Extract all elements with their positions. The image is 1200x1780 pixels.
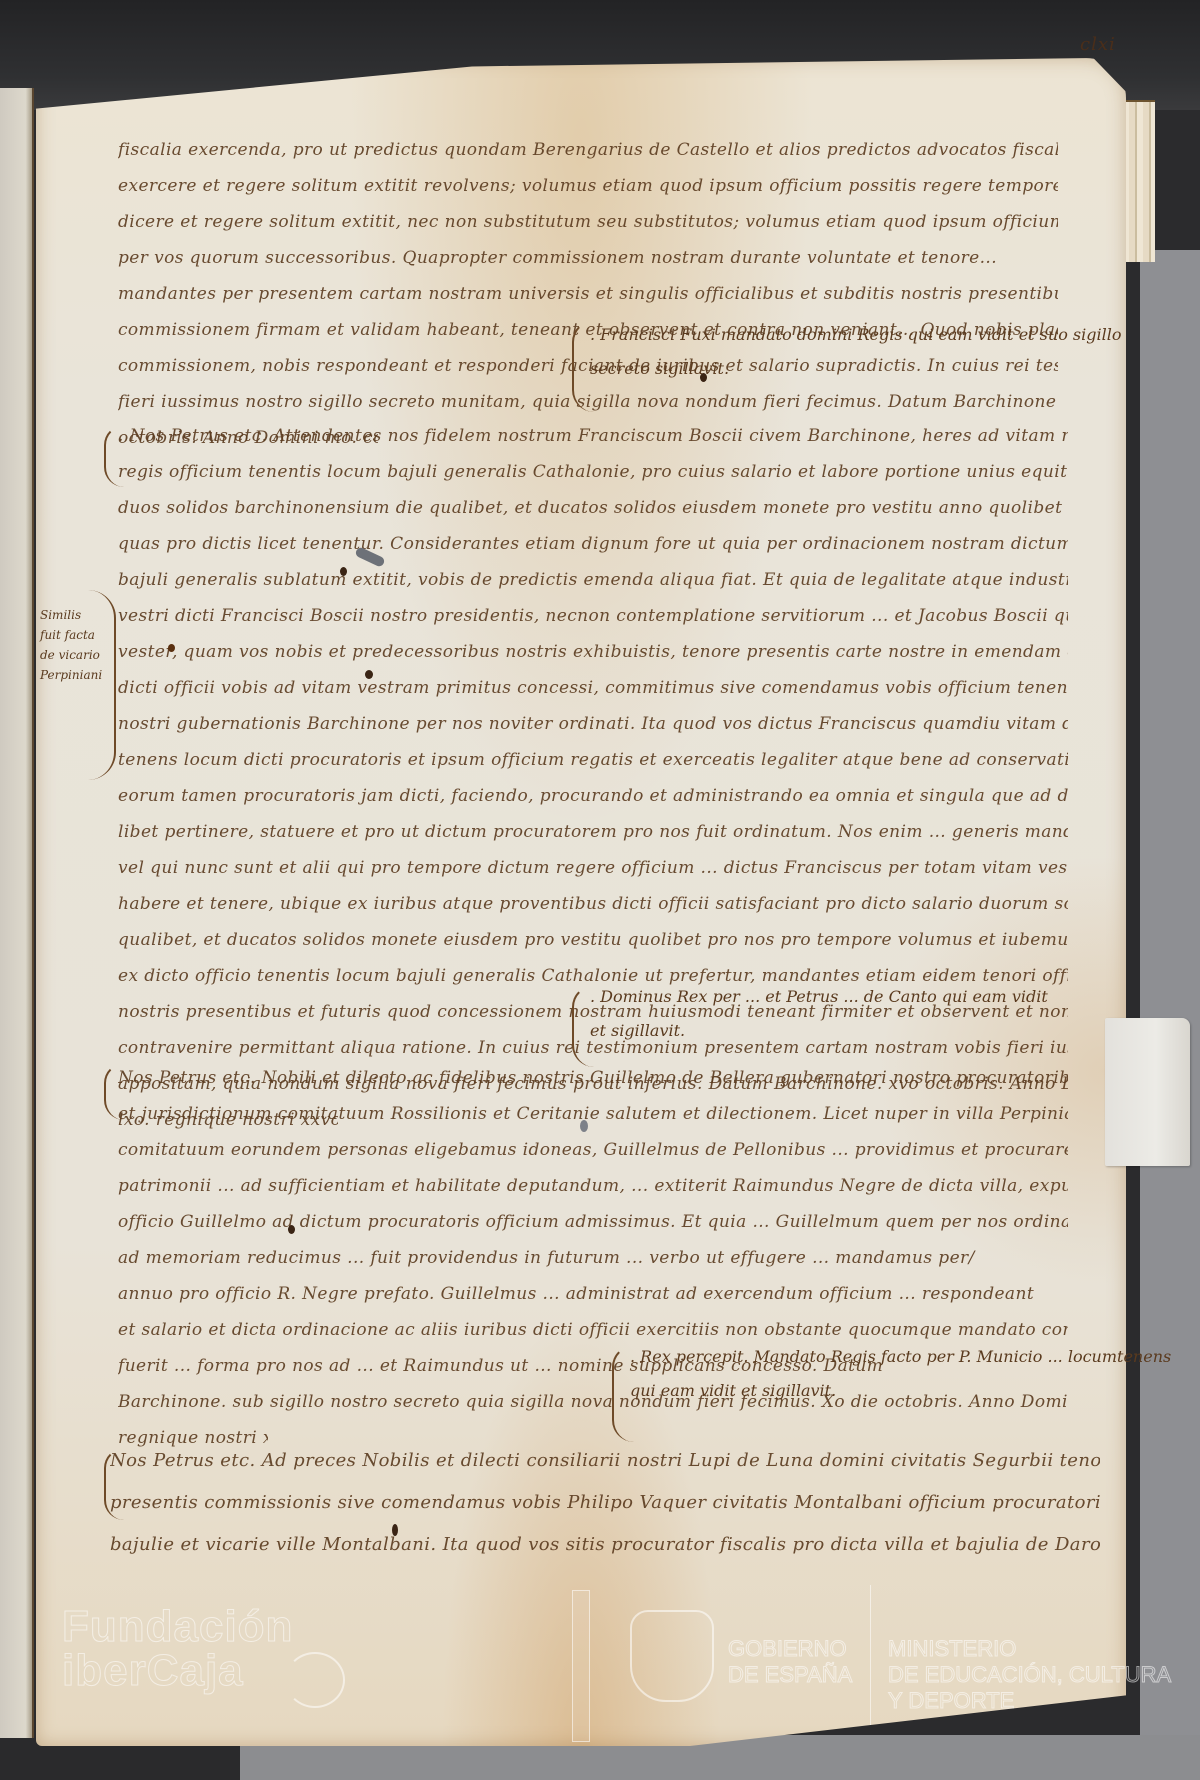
note-line: . Francisci Fuxi mandato domini Regis qu… (590, 318, 1121, 352)
note-line: et sigillavit. (590, 1014, 1048, 1048)
scanner-background-right (1140, 250, 1200, 1780)
text-line: dicti officii vobis ad vitam vestram pri… (118, 670, 1068, 706)
text-line: annuo pro officio R. Negre prefato. Guil… (118, 1276, 1068, 1312)
text-line: . Nos Petrus etc. Attendentes nos fidele… (118, 418, 1068, 454)
text-line: fiscalia exercenda, pro ut predictus quo… (118, 132, 1058, 168)
text-line: officio Guillelmo ad dictum procuratoris… (118, 1204, 1068, 1240)
worm-hole (580, 1120, 588, 1132)
text-line: vestri dicti Francisci Boscii nostro pre… (118, 598, 1068, 634)
note-line: . Dominus Rex per ... et Petrus ... de C… (590, 980, 1048, 1014)
folio-number: clxi (1080, 34, 1116, 55)
text-line: bajulie et vicarie ville Montalbani. Ita… (110, 1524, 1100, 1566)
ink-spot (288, 1225, 295, 1234)
text-line: nostri gubernationis Barchinone per nos … (118, 706, 1068, 742)
text-line: regis officium tenentis locum bajuli gen… (118, 454, 1068, 490)
text-line: tenens locum dicti procuratoris et ipsum… (118, 742, 1068, 778)
note-line: . Rex percepit. Mandato Regis facto per … (630, 1340, 1171, 1374)
watermark-line: Y DEPORTE (888, 1688, 1171, 1714)
gobierno-espana-watermark: GOBIERNO DE ESPAÑA (728, 1636, 852, 1688)
ibercaja-logo-icon (285, 1652, 345, 1708)
entry-4-text: Nos Petrus etc. Ad preces Nobilis et dil… (110, 1440, 1100, 1566)
text-line: exercere et regere solitum extitit revol… (118, 168, 1058, 204)
spain-flag-bar-icon (572, 1590, 590, 1742)
facing-page-edge (0, 88, 34, 1738)
text-line: duos solidos barchinonensium die qualibe… (118, 490, 1068, 526)
text-line: libet pertinere, statuere et pro ut dict… (118, 814, 1068, 850)
ink-spot (700, 373, 707, 382)
ink-spot (168, 644, 175, 652)
text-line: quas pro dictis licet tenentur. Consider… (118, 526, 1068, 562)
text-line: Nos Petrus etc. Ad preces Nobilis et dil… (110, 1440, 1100, 1482)
ministerio-watermark: MINISTERIO DE EDUCACIÓN, CULTURA Y DEPOR… (888, 1636, 1171, 1714)
text-line: qualibet, et ducatos solidos monete eius… (118, 922, 1068, 958)
text-line: per vos quorum successoribus. Quapropter… (118, 240, 1058, 276)
watermark-line: GOBIERNO (728, 1636, 852, 1662)
watermark-line: MINISTERIO (888, 1636, 1171, 1662)
watermark-line: DE EDUCACIÓN, CULTURA (888, 1662, 1171, 1688)
text-line: et jurisdictionum comitatuum Rossilionis… (118, 1096, 1068, 1132)
text-line: presentis commissionis sive comendamus v… (110, 1482, 1100, 1524)
text-line: comitatuum eorundem personas eligebamus … (118, 1132, 1068, 1168)
fundacion-ibercaja-watermark: Fundación iberCaja (62, 1605, 293, 1693)
spain-coat-of-arms-icon (630, 1610, 714, 1702)
text-line: dicere et regere solitum extitit, nec no… (118, 204, 1058, 240)
watermark-line: DE ESPAÑA (728, 1662, 852, 1688)
entry-1-chancery-note: . Francisci Fuxi mandato domini Regis qu… (590, 318, 1121, 386)
watermark-line: iberCaja (62, 1649, 293, 1693)
margin-bracket (88, 590, 116, 780)
text-line: vester, quam vos nobis et predecessoribu… (118, 634, 1068, 670)
entry-3-chancery-note: . Rex percepit. Mandato Regis facto per … (630, 1340, 1171, 1408)
text-line: Nos Petrus etc. Nobili et dilecto ac fid… (118, 1060, 1068, 1096)
watermark-divider (870, 1585, 871, 1725)
text-line: bajuli generalis sublatum extitit, vobis… (118, 562, 1068, 598)
text-line: vel qui nunc sunt et alii qui pro tempor… (118, 850, 1068, 886)
text-line: mandantes per presentem cartam nostram u… (118, 276, 1058, 312)
ink-spot (392, 1524, 398, 1536)
text-line: habere et tenere, ubique ex iuribus atqu… (118, 886, 1068, 922)
text-line: eorum tamen procuratoris jam dicti, faci… (118, 778, 1068, 814)
text-line: patrimonii ... ad sufficientiam et habil… (118, 1168, 1068, 1204)
entry-2-chancery-note: . Dominus Rex per ... et Petrus ... de C… (590, 980, 1048, 1048)
note-line: qui eam vidit et sigillavit. (630, 1374, 1171, 1408)
text-line: ad memoriam reducimus ... fuit providend… (118, 1240, 1068, 1276)
ink-spot (365, 670, 373, 679)
paper-tab-marker (1105, 1018, 1190, 1166)
note-line: secreto sigillavit. (590, 352, 1121, 386)
ink-spot (340, 567, 347, 576)
watermark-line: Fundación (62, 1605, 293, 1649)
